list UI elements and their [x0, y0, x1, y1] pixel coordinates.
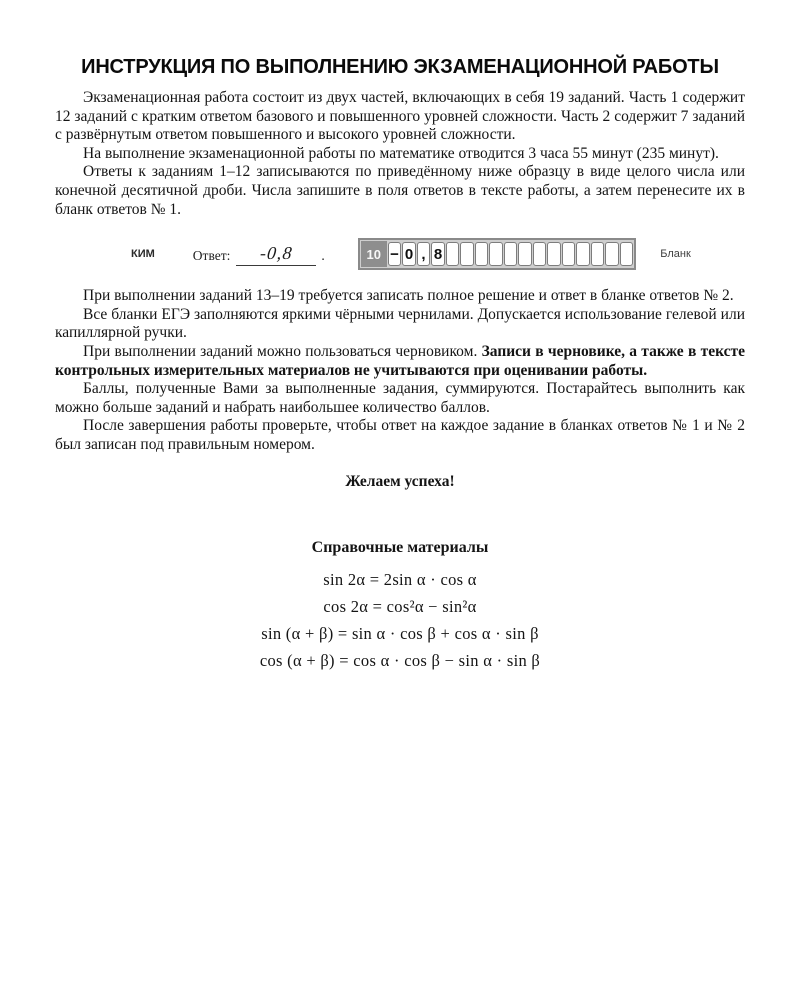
page-title: ИНСТРУКЦИЯ ПО ВЫПОЛНЕНИЮ ЭКЗАМЕНАЦИОННОЙ…: [55, 56, 745, 79]
answer-cell: [446, 242, 460, 266]
reference-materials-heading: Справочные материалы: [55, 539, 745, 558]
answer-cell: [489, 242, 503, 266]
answer-cell: [533, 242, 547, 266]
page-content: ИНСТРУКЦИЯ ПО ВЫПОЛНЕНИЮ ЭКЗАМЕНАЦИОННОЙ…: [0, 0, 800, 674]
formula-sin-double-angle: sin 2α = 2sin α · cos α: [55, 566, 745, 593]
answer-cell: [475, 242, 489, 266]
reference-formulas: sin 2α = 2sin α · cos α cos 2α = cos²α −…: [55, 566, 745, 674]
answer-underline: -0,8: [236, 243, 316, 266]
answer-cell: [460, 242, 474, 266]
answer-field-sample: Ответ: -0,8 .: [193, 243, 325, 266]
answer-cell: −: [388, 242, 402, 266]
answer-blank-strip: 10 − 0 , 8: [358, 238, 637, 270]
kim-label: КИМ: [131, 248, 155, 260]
paragraph-ink-requirements: Все бланки ЕГЭ заполняются яркими чёрным…: [55, 306, 745, 343]
paragraph-part2-answers: При выполнении заданий 13–19 требуется з…: [55, 287, 745, 306]
answer-cell: [562, 242, 576, 266]
paragraph-check-numbers: После завершения работы проверьте, чтобы…: [55, 417, 745, 454]
answer-cell: [504, 242, 518, 266]
draft-usage-normal-text: При выполнении заданий можно пользоватьс…: [83, 343, 482, 360]
answer-cell: [547, 242, 561, 266]
answer-cell: [605, 242, 619, 266]
paragraph-answer-format: Ответы к заданиям 1–12 записываются по п…: [55, 163, 745, 219]
blank-label: Бланк: [660, 248, 691, 260]
answer-cell: [620, 242, 634, 266]
paragraph-time-allowed: На выполнение экзаменационной работы по …: [55, 145, 745, 164]
handwritten-answer-value: -0,8: [253, 243, 300, 265]
formula-cos-sum: cos (α + β) = cos α · cos β − sin α · si…: [55, 647, 745, 674]
answer-cell: 0: [402, 242, 416, 266]
formula-cos-double-angle: cos 2α = cos²α − sin²α: [55, 593, 745, 620]
answer-sample-figure: КИМ Ответ: -0,8 . 10 − 0 , 8: [55, 235, 745, 273]
answer-cell: 8: [431, 242, 445, 266]
answer-cell: [576, 242, 590, 266]
paragraph-points-summed: Баллы, полученные Вами за выполненные за…: [55, 380, 745, 417]
answer-period: .: [321, 248, 324, 266]
answer-cell: [591, 242, 605, 266]
paragraph-exam-structure: Экзаменационная работа состоит из двух ч…: [55, 89, 745, 145]
formula-sin-sum: sin (α + β) = sin α · cos β + cos α · si…: [55, 620, 745, 647]
answer-label: Ответ:: [193, 248, 231, 266]
answer-cell: [518, 242, 532, 266]
task-number-cell: 10: [361, 241, 387, 267]
answer-cell: ,: [417, 242, 431, 266]
exam-instruction-page: ИНСТРУКЦИЯ ПО ВЫПОЛНЕНИЮ ЭКЗАМЕНАЦИОННОЙ…: [0, 0, 800, 1000]
good-luck-message: Желаем успеха!: [55, 473, 745, 492]
paragraph-draft-usage: При выполнении заданий можно пользоватьс…: [55, 343, 745, 380]
